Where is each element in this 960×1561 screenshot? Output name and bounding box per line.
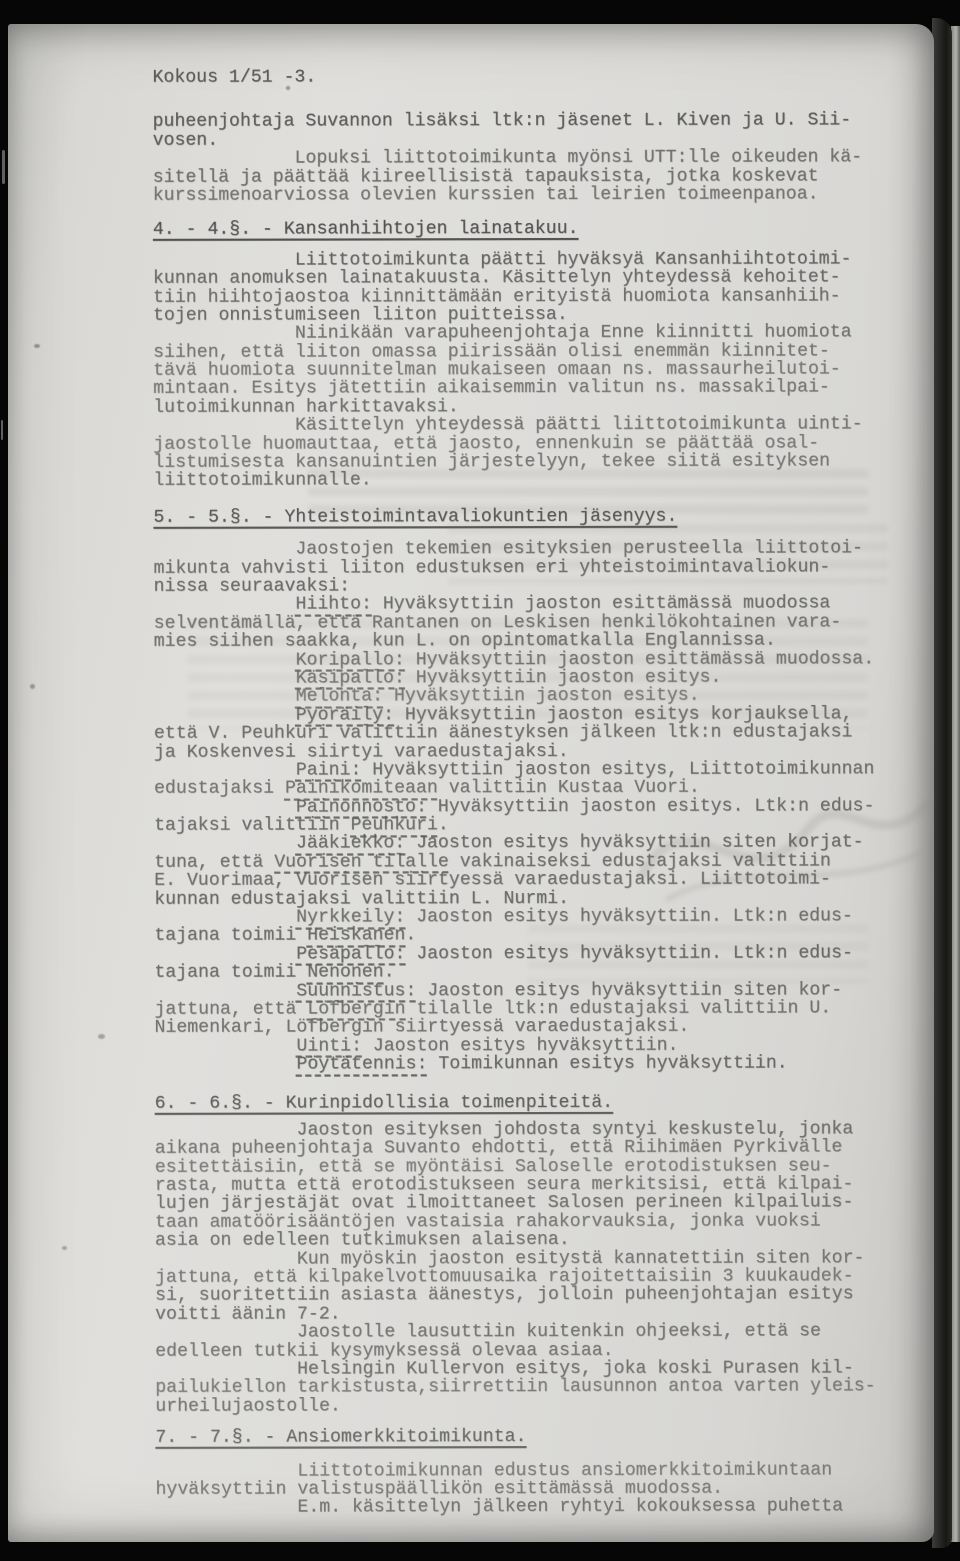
text-segment: . <box>438 815 449 835</box>
text-segment <box>154 908 296 928</box>
text-segment: liittotoimikunnalle. <box>153 471 371 491</box>
text-segment: . <box>405 926 416 946</box>
text-segment: puheenjohtaja Suvannon lisäksi ltk:n jäs… <box>153 111 852 132</box>
underlined-text: Paini: <box>296 760 362 780</box>
underlined-text: Peuhkuri <box>351 815 438 835</box>
text-line: Liittotoimikunnan edustus ansiomerkkitoi… <box>155 1461 925 1481</box>
text-line: pailukiellon tarkistusta,siirrettiin lau… <box>155 1378 925 1398</box>
section-heading-block: 5. - 5.§. - Yhteistoimintavaliokuntien j… <box>153 507 923 527</box>
text-segment: tajana toimii <box>154 926 307 946</box>
text-line: mikunta vahvisti liiton edustuksen eri y… <box>154 558 924 578</box>
text-segment: edustajaksi <box>154 779 285 799</box>
text-line: kurssimenoarviossa olevien kurssien tai … <box>153 185 923 205</box>
section-heading: 7. - 7.§. - Ansiomerkkitoimikunta. <box>155 1427 925 1447</box>
bottom-film-edge <box>0 1542 960 1561</box>
text-segment <box>154 834 296 854</box>
underlined-text: Melonta: <box>296 687 383 707</box>
underlined-text: Koripallo: <box>296 650 405 670</box>
text-segment: nissa seuraavaksi: <box>154 576 351 596</box>
film-scratch <box>2 150 5 184</box>
paragraph-block: Jaostojen tekemien esityksien perusteell… <box>153 539 924 1074</box>
text-line: Nyrkkeily: Jaoston esitys hyväksyttiin. … <box>154 907 924 927</box>
text-line: E.m. käsittelyn jälkeen ryhtyi kokoukses… <box>155 1498 925 1518</box>
text-segment <box>154 650 296 670</box>
text-segment <box>155 1055 297 1075</box>
text-segment <box>154 687 296 707</box>
scan-speck <box>34 344 40 348</box>
text-line: jattuna, että Löfbergin tilalle ltk:n ed… <box>154 999 924 1019</box>
text-segment: urheilujaostolle. <box>155 1396 341 1416</box>
film-scratch <box>1 420 3 440</box>
text-segment <box>155 1036 297 1056</box>
text-segment: voitti äänin 7-2. <box>155 1304 341 1324</box>
underlined-text: Uinti: <box>296 1036 362 1056</box>
text-segment <box>154 705 296 725</box>
text-segment: tilalle ltk:n edustajaksi valittiin U. <box>405 998 831 1019</box>
underlined-text: Painikomiteaan <box>285 778 438 798</box>
text-line: Koripallo: Hyväksyttiin jaoston esittämä… <box>154 650 924 670</box>
page-header: Kokous 1/51 -3. <box>152 67 922 87</box>
paragraph-block: Jaoston esityksen johdosta syntyi keskus… <box>155 1120 926 1416</box>
paragraph-block: puheenjohtaja Suvannon lisäksi ltk:n jäs… <box>153 112 923 206</box>
section-heading: 4. - 4.§. - Kansanhiihtojen lainatakuu. <box>153 220 923 240</box>
underlined-text: Nyrkkeily: <box>296 907 405 927</box>
text-line: Uinti: Jaoston esitys hyväksyttiin. <box>155 1036 925 1056</box>
text-segment <box>154 797 296 817</box>
text-segment: tajaksi valittiin <box>154 815 351 835</box>
underlined-text: Painonnosto: <box>296 797 427 817</box>
text-line: liittotoimikunnalle. <box>153 471 923 491</box>
underlined-text: Pyöräily: <box>296 705 394 725</box>
text-segment: valittiin Kustaa Vuori. <box>438 778 700 799</box>
left-film-edge <box>0 0 8 1561</box>
text-segment: mikunta vahvisti liiton edustuksen eri y… <box>154 557 831 578</box>
text-line: si, suoritettiin asiasta äänestys, jollo… <box>155 1286 925 1306</box>
text-line: Pöytätennis: Toimikunnan esitys hyväksyt… <box>155 1054 925 1074</box>
section-heading-block: 6. - 6.§. - Kurinpidollisia toimenpiteit… <box>155 1093 925 1113</box>
underlined-text: Nenonen <box>307 963 383 983</box>
text-segment: listumisesta kansanuintien järjestelyyn,… <box>153 451 830 472</box>
section-heading: 5. - 5.§. - Yhteistoimintavaliokuntien j… <box>153 507 923 527</box>
text-segment: tajana toimii <box>154 963 307 983</box>
text-segment: E.m. käsittelyn jälkeen ryhtyi kokoukses… <box>155 1497 843 1518</box>
text-segment <box>154 760 296 780</box>
underlined-text: Suunnistus: <box>296 981 416 1001</box>
text-line: E. Vuorimaa, Vuorisen siirtyessä varaedu… <box>154 870 924 890</box>
underlined-text: Pesäpallo: <box>296 944 405 964</box>
scan-speck <box>30 684 35 689</box>
section-heading-block: 7. - 7.§. - Ansiomerkkitoimikunta. <box>155 1427 925 1447</box>
text-segment: Jaoston esitys hyväksyttiin. Ltk:n edus- <box>405 943 853 964</box>
text-line: Pesäpallo: Jaoston esitys hyväksyttiin. … <box>154 944 924 964</box>
scanned-page: Kokous 1/51 -3. puheenjohtaja Suvannon l… <box>8 24 934 1542</box>
text-line: että V. Peuhkuri valittiin äänestyksen j… <box>154 723 924 743</box>
text-line: Jaostolle lausuttiin kuitenkin ohjeeksi,… <box>155 1322 925 1342</box>
text-line: taan amatöörisääntöjen vastaisia rahakor… <box>155 1212 925 1232</box>
text-segment <box>154 981 296 1001</box>
underlined-text: 7. - 7.§. - Ansiomerkkitoimikunta. <box>155 1427 526 1448</box>
text-line: mintaan. Esitys jätettiin aikaisemmin va… <box>153 379 923 399</box>
text-segment <box>154 944 296 964</box>
text-line: Painonnosto: Hyväksyttiin jaoston esitys… <box>154 797 924 817</box>
text-line: urheilujaostolle. <box>155 1396 925 1416</box>
paragraph-block: Liittotoimikunnan edustus ansiomerkkitoi… <box>155 1461 925 1518</box>
scan-speck <box>98 1034 105 1039</box>
text-line: Niemenkari, Löfbergin siirtyessä varaedu… <box>154 1018 924 1038</box>
underlined-text: 5. - 5.§. - Yhteistoimintavaliokuntien j… <box>153 507 677 528</box>
underlined-text: Löfbergin <box>307 999 405 1019</box>
text-segment: Jaoston esitys hyväksyttiin. Ltk:n edus- <box>405 906 853 927</box>
underlined-text: Pöytätennis: <box>296 1054 427 1074</box>
text-segment: mintaan. Esitys jätettiin aikaisemmin va… <box>153 378 830 399</box>
underlined-text: Käsipallo: <box>296 668 405 688</box>
text-line: Paini: Hyväksyttiin jaoston esitys, Liit… <box>154 760 924 780</box>
text-line: puheenjohtaja Suvannon lisäksi ltk:n jäs… <box>153 112 923 132</box>
text-line: tiin hiihtojaostoa kiinnittämään erityis… <box>153 287 923 307</box>
document-body: puheenjohtaja Suvannon lisäksi ltk:n jäs… <box>153 112 926 1518</box>
section-heading: 6. - 6.§. - Kurinpidollisia toimenpiteit… <box>155 1093 925 1113</box>
page-right-shadow <box>932 18 952 1548</box>
text-segment: Hyväksyttiin jaoston esitys, Liittotoimi… <box>361 759 874 780</box>
underlined-text: Heiskanen <box>307 926 405 946</box>
underlined-text: Jääkiekko: <box>296 834 405 854</box>
text-segment: pailukiellon tarkistusta,siirrettiin lau… <box>155 1377 875 1399</box>
text-segment: Toimikunnan esitys hyväksyttiin. <box>427 1054 787 1075</box>
underlined-text: Vuorisen tilalle <box>274 852 449 872</box>
text-segment <box>154 668 296 688</box>
typewritten-content: Kokous 1/51 -3. puheenjohtaja Suvannon l… <box>152 67 925 1517</box>
scan-speck <box>62 1246 67 1250</box>
top-film-edge <box>0 0 960 24</box>
text-segment: tuna, että <box>154 852 274 872</box>
underlined-text: 4. - 4.§. - Kansanhiihtojen lainatakuu. <box>153 219 579 240</box>
text-segment <box>154 595 296 615</box>
scanned-document-screenshot: { "colors": { "paper": "#dedddb", "ink":… <box>0 0 960 1561</box>
paragraph-block: Liittotoimikunta päätti hyväksyä Kansanh… <box>153 250 923 491</box>
text-segment: Hyväksyttiin jaoston esittämässä muodoss… <box>405 649 874 670</box>
underlined-text: Hiihto: <box>295 595 371 615</box>
text-segment: jattuna, että <box>154 999 307 1019</box>
section-heading-block: 4. - 4.§. - Kansanhiihtojen lainatakuu. <box>153 220 923 240</box>
text-segment: Hyväksyttiin jaoston esitys. Ltk:n edus- <box>427 796 875 817</box>
text-line: Käsipallo: Hyväksyttiin jaoston esitys. <box>154 668 924 688</box>
text-segment: si, suoritettiin asiasta äänestys, jollo… <box>155 1285 854 1306</box>
text-segment: . <box>384 962 395 982</box>
underlined-text: 6. - 6.§. - Kurinpidollisia toimenpiteit… <box>155 1092 613 1113</box>
text-line: listumisesta kansanuintien järjestelyyn,… <box>153 452 923 472</box>
adjacent-page-edge <box>951 26 960 1542</box>
text-segment: vosen. <box>153 130 219 150</box>
text-line: selventämällä, että Rantanen on Leskisen… <box>154 613 924 633</box>
text-segment: kurssimenoarviossa olevien kurssien tai … <box>153 184 819 205</box>
